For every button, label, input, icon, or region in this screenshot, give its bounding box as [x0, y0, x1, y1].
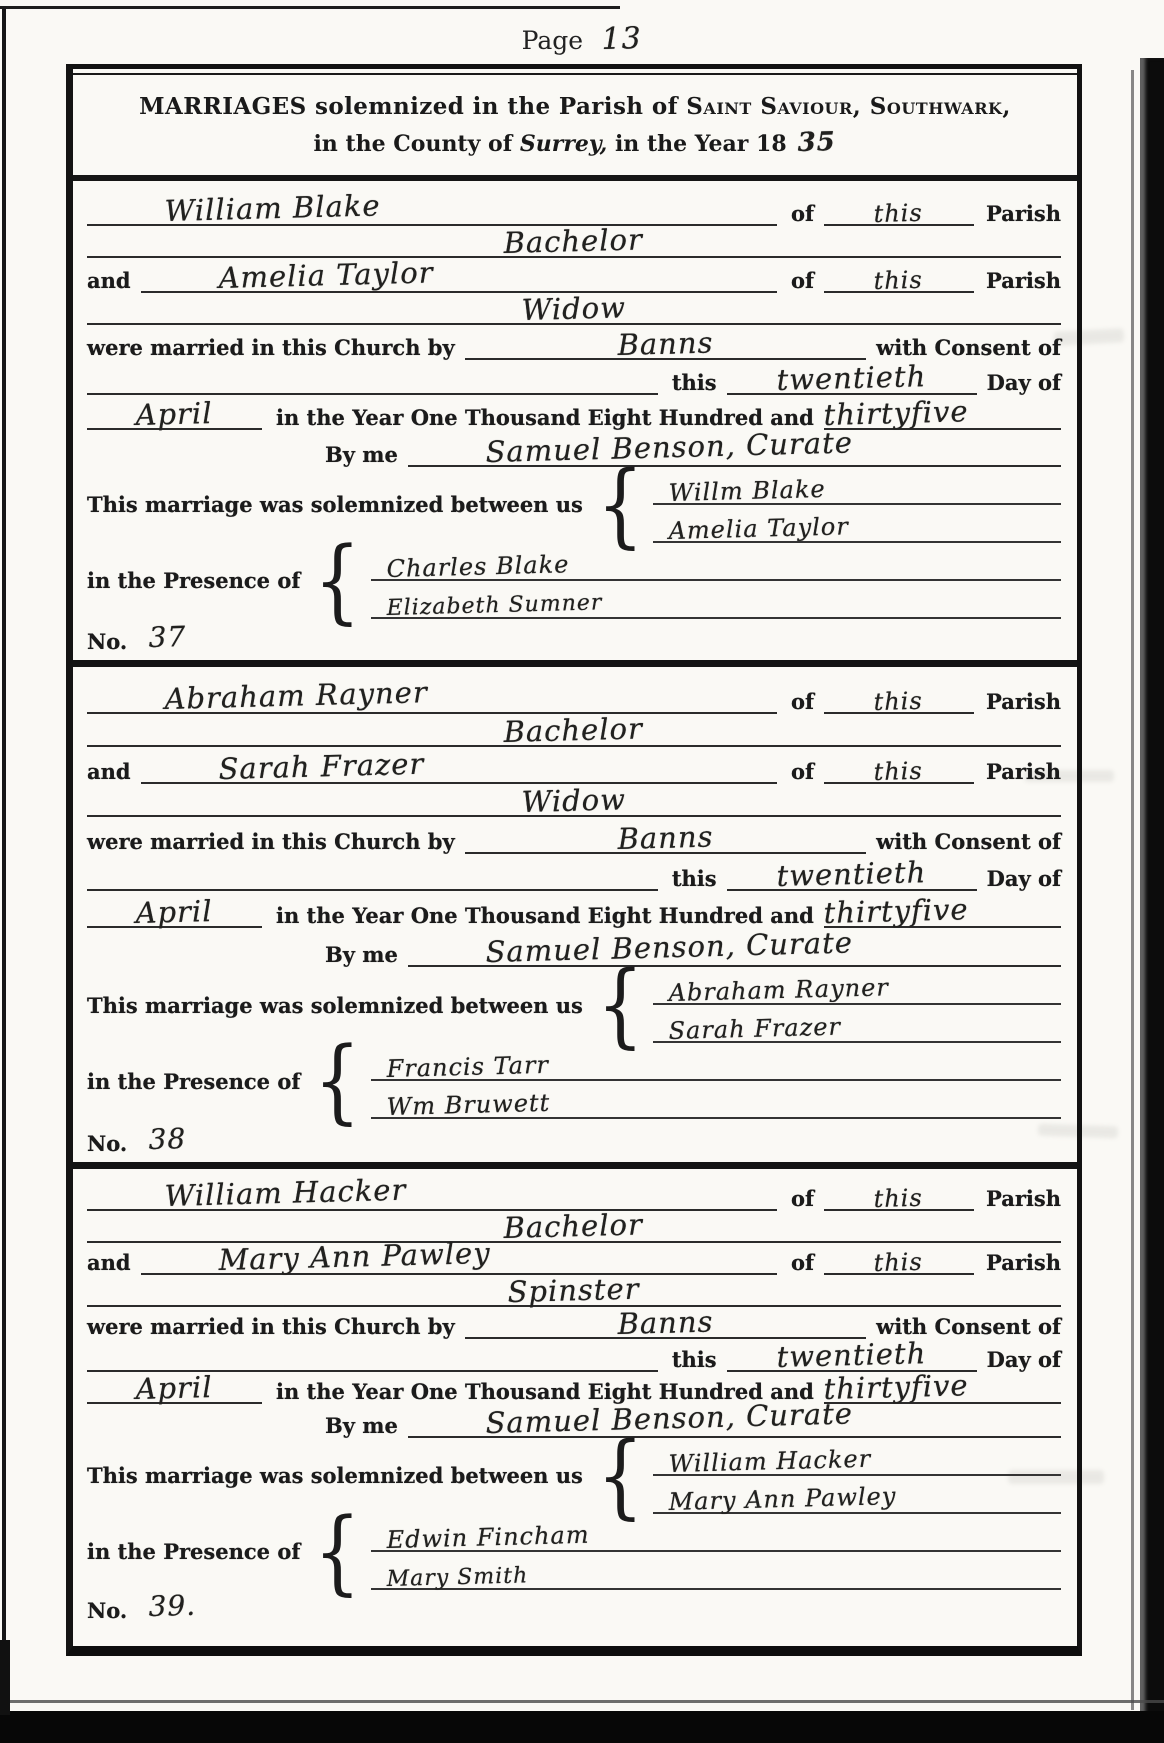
bride-condition-line: Widow: [87, 784, 1061, 817]
month-year-line: April in the Year One Thousand Eight Hun…: [87, 1372, 1061, 1404]
scan-left-edge-line: [2, 8, 6, 1660]
day-word: twentieth: [776, 1336, 927, 1374]
married-by-method: Banns: [617, 820, 714, 856]
groom-condition-line: Bachelor: [87, 714, 1061, 747]
witnesses-group: in the Presence of { Edwin Fincham Mary …: [87, 1514, 1061, 1590]
groom-line: William Blake of this Parish: [87, 187, 1061, 226]
bride-signature: Mary Ann Pawley: [669, 1482, 897, 1516]
day-line: this twentieth Day of: [87, 854, 1061, 891]
bride-name: Sarah Frazer: [218, 747, 425, 786]
married-by-method: Banns: [617, 325, 714, 361]
bride-line: and Sarah Frazer of this Parish: [87, 747, 1061, 784]
groom-residence: this: [874, 199, 924, 228]
brace-glyph: {: [314, 1046, 361, 1116]
day-line: this twentieth Day of: [87, 360, 1061, 395]
month: April: [135, 1370, 213, 1406]
page-fold-line: [1131, 70, 1134, 1710]
married-by-method: Banns: [617, 1305, 714, 1341]
bride-residence: this: [874, 1248, 924, 1277]
brace-glyph: {: [597, 970, 644, 1040]
groom-signature: Abraham Rayner: [669, 973, 890, 1007]
bride-residence: this: [874, 266, 924, 295]
witness-signature: Francis Tarr: [386, 1051, 549, 1083]
officiant-line: By me Samuel Benson, Curate: [87, 1404, 1061, 1438]
officiant-signature: Samuel Benson, Curate: [485, 1396, 853, 1440]
witness-signature: Edwin Fincham: [386, 1521, 590, 1554]
groom-residence: this: [874, 687, 924, 716]
day-word: twentieth: [776, 359, 927, 397]
month: April: [135, 894, 213, 930]
page-bottom-rule: [0, 1700, 1164, 1703]
bride-condition-line: Widow: [87, 293, 1061, 325]
entry-number: 38: [148, 1122, 186, 1156]
solemnized-group: This marriage was solemnized between us …: [87, 967, 1061, 1043]
page-label: Page: [522, 26, 583, 55]
bride-signature: Sarah Frazer: [669, 1012, 842, 1045]
groom-signature: Willm Blake: [669, 475, 827, 507]
page-number-handwritten: 13: [601, 21, 642, 57]
witness-signature: Wm Bruwett: [386, 1089, 550, 1121]
scanned-marriage-register-page: Page 13 MARRIAGES solemnized in the Pari…: [0, 0, 1164, 1743]
page-header: Page 13: [0, 22, 1164, 57]
register-title: MARRIAGES solemnized in the Parish of Sa…: [73, 69, 1077, 181]
title-line2-prefix: in the County of: [313, 131, 512, 157]
groom-condition-line: Bachelor: [87, 1211, 1061, 1243]
entry-number: 39.: [148, 1589, 196, 1623]
witnesses-group: in the Presence of { Charles Blake Eliza…: [87, 543, 1061, 619]
brace-glyph: {: [314, 1517, 361, 1587]
officiant-line: By me Samuel Benson, Curate: [87, 928, 1061, 967]
bride-name: Mary Ann Pawley: [218, 1236, 491, 1277]
bride-name: Amelia Taylor: [218, 255, 434, 295]
brace-glyph: {: [314, 546, 361, 616]
marriage-entry-39: William Hacker of this Parish Bachelor a…: [73, 1169, 1077, 1629]
marriage-entry-37: William Blake of this Parish Bachelor an…: [73, 181, 1077, 667]
witnesses-group: in the Presence of { Francis Tarr Wm Bru…: [87, 1043, 1061, 1119]
groom-signature: William Hacker: [669, 1445, 872, 1478]
groom-residence: this: [874, 1184, 924, 1213]
brace-glyph: {: [597, 1441, 644, 1511]
married-by-line: were married in this Church by Banns wit…: [87, 325, 1061, 360]
groom-name: William Blake: [164, 188, 381, 228]
groom-line: William Hacker of this Parish: [87, 1175, 1061, 1211]
book-binding-edge: [1140, 58, 1164, 1743]
officiant-signature: Samuel Benson, Curate: [485, 925, 853, 969]
year-words: thirtyfive: [823, 892, 969, 930]
groom-condition: Bachelor: [503, 222, 643, 260]
entry-number-line: No. 38: [87, 1119, 1061, 1162]
officiant-signature: Samuel Benson, Curate: [485, 425, 853, 469]
groom-line: Abraham Rayner of this Parish: [87, 673, 1061, 714]
married-by-line: were married in this Church by Banns wit…: [87, 1307, 1061, 1339]
witness-signature: Elizabeth Sumner: [386, 590, 602, 621]
bride-condition: Widow: [521, 782, 626, 819]
title-line1: MARRIAGES solemnized in the Parish of: [139, 93, 678, 120]
groom-name: Abraham Rayner: [164, 675, 428, 716]
solemnized-group: This marriage was solemnized between us …: [87, 467, 1061, 543]
bride-condition: Widow: [521, 290, 626, 327]
entry-number-line: No. 39.: [87, 1590, 1061, 1629]
title-line2-suffix: in the Year 18: [615, 131, 787, 157]
bride-residence: this: [874, 757, 924, 786]
bride-condition: Spinster: [507, 1272, 640, 1309]
bride-line: and Amelia Taylor of this Parish: [87, 258, 1061, 293]
married-by-line: were married in this Church by Banns wit…: [87, 817, 1061, 854]
day-line: this twentieth Day of: [87, 1339, 1061, 1371]
day-word: twentieth: [776, 855, 927, 893]
month: April: [135, 396, 213, 432]
groom-condition-line: Bachelor: [87, 226, 1061, 258]
bride-condition-line: Spinster: [87, 1275, 1061, 1307]
officiant-line: By me Samuel Benson, Curate: [87, 430, 1061, 467]
solemnized-group: This marriage was solemnized between us …: [87, 1438, 1061, 1514]
entry-number-line: No. 37: [87, 619, 1061, 660]
groom-name: William Hacker: [164, 1173, 407, 1213]
year-handwritten: 35: [798, 127, 837, 158]
parish-name: Saint Saviour, Southwark,: [686, 93, 1011, 120]
register-table-frame: MARRIAGES solemnized in the Parish of Sa…: [66, 64, 1082, 1656]
scanner-background: [0, 1711, 1164, 1743]
month-year-line: April in the Year One Thousand Eight Hun…: [87, 891, 1061, 928]
witness-signature: Mary Smith: [386, 1563, 528, 1592]
witness-signature: Charles Blake: [386, 550, 569, 583]
bride-signature: Amelia Taylor: [669, 512, 850, 545]
scan-corner-mark: [0, 1640, 10, 1715]
month-year-line: April in the Year One Thousand Eight Hun…: [87, 395, 1061, 430]
brace-glyph: {: [597, 470, 644, 540]
bride-line: and Mary Ann Pawley of this Parish: [87, 1243, 1061, 1275]
scan-top-edge-line: [0, 6, 620, 9]
county-name: Surrey,: [520, 131, 607, 157]
marriage-entry-38: Abraham Rayner of this Parish Bachelor a…: [73, 667, 1077, 1169]
groom-condition: Bachelor: [503, 1207, 643, 1245]
entry-number: 37: [148, 620, 186, 654]
groom-condition: Bachelor: [503, 711, 643, 749]
